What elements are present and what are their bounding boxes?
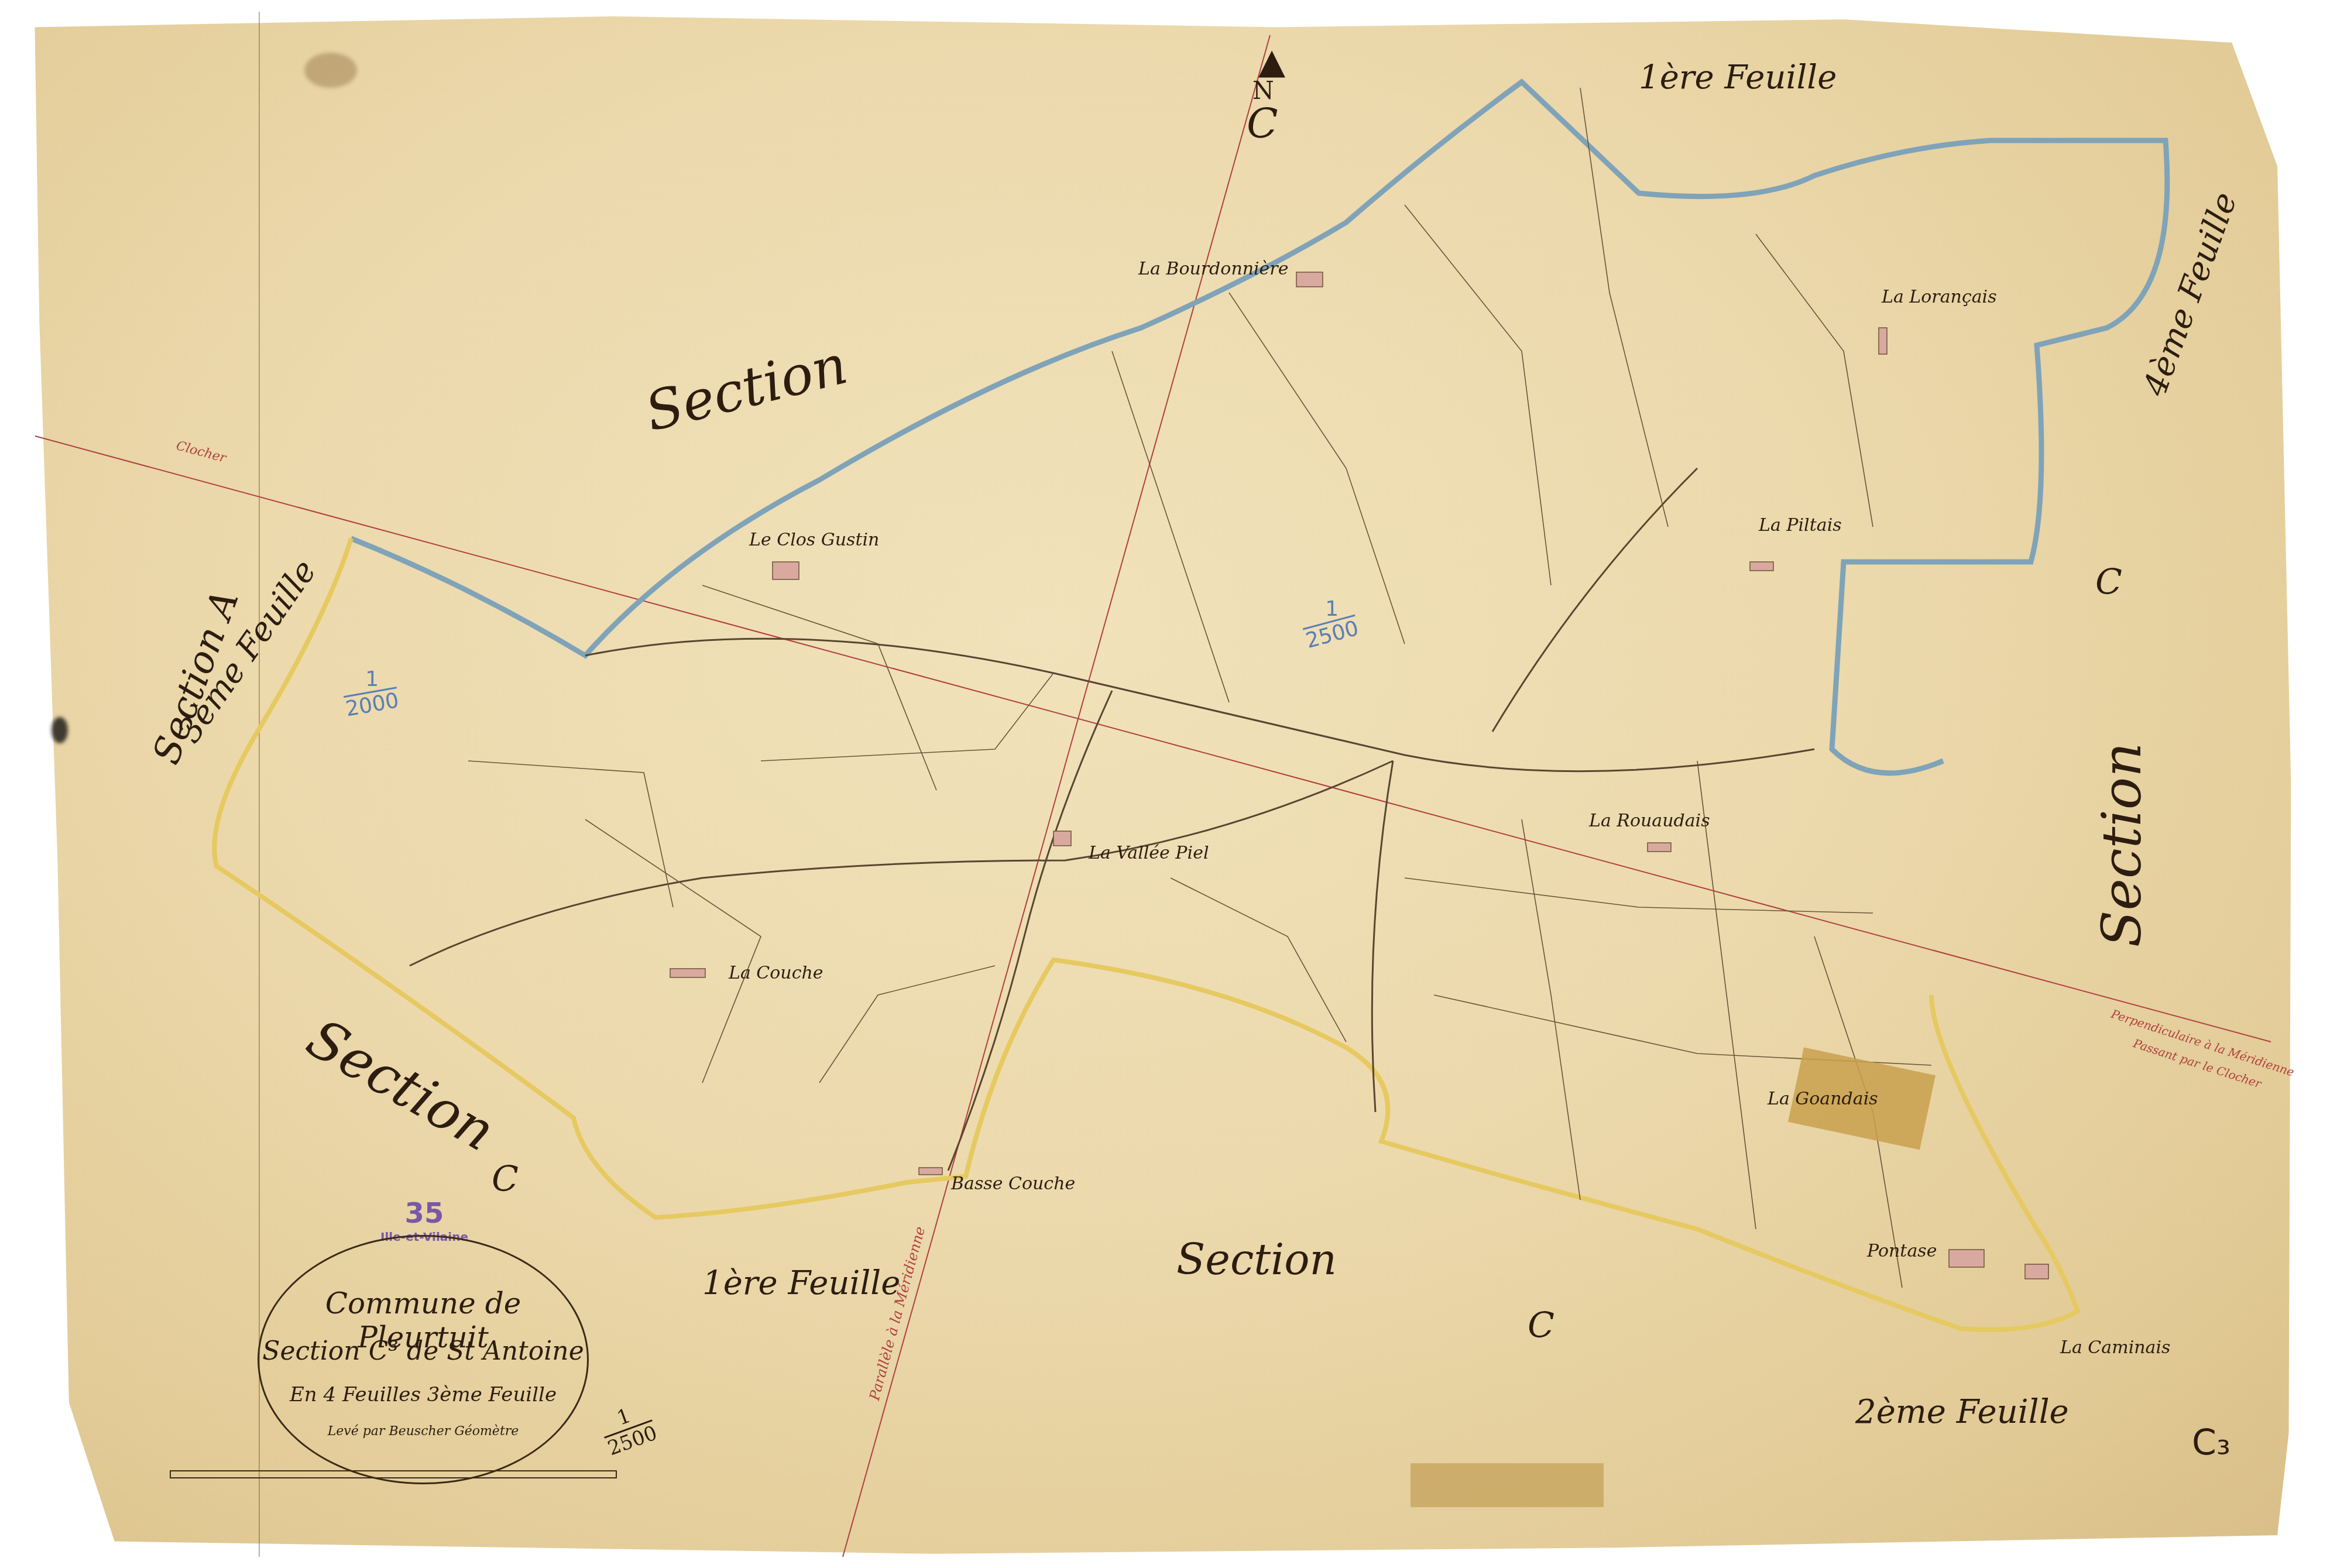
cartouche-feuilles: En 4 Feuilles 3ème Feuille [259,1383,587,1406]
section-letter-c-top: C [1247,99,1278,147]
north-letter: N [1252,76,1274,105]
place-la-goandais: La Goandais [1768,1089,1878,1109]
place-le-clos-gustin: Le Clos Gustin [749,530,879,550]
scale-bar [170,1470,617,1478]
commune-boundary [214,538,2078,1330]
place-la-rouaudais: La Rouaudais [1589,811,1710,831]
river [351,82,2167,773]
road [1492,468,1697,732]
place-la-lorancais: La Lorançais [1882,287,1997,307]
place-la-piltais: La Piltais [1759,515,1842,536]
section-letter-c-bottom: C [1528,1305,1554,1346]
road [948,691,1112,1171]
place-la-caminais: La Caminais [2060,1337,2170,1358]
blue-scale-center: 1 2500 [1305,597,1359,647]
section-letter-c-bottom-left: C [492,1159,519,1200]
feuille-label-bottom-left: 1ère Feuille [702,1264,900,1302]
tape-strip [1411,1463,1604,1507]
section-label-right: Section [2091,742,2153,947]
perpendicular-line [35,436,2271,1042]
cartouche-surveyor: Levé par Beuscher Géomètre [259,1424,587,1439]
road [1372,761,1393,1112]
place-la-couche: La Couche [729,963,823,983]
section-label-bottom: Section [1176,1235,1337,1284]
section-letter-c-right: C [2095,562,2122,603]
feuille-label-bottom-right: 2ème Feuille [1855,1393,2069,1431]
feuille-label-top: 1ère Feuille [1639,59,1837,97]
road [410,761,1393,966]
sheet-code: C₃ [2192,1422,2230,1463]
blue-scale-left: 1 2000 [345,667,399,717]
place-la-bourdonniere: La Bourdonnière [1138,259,1288,279]
place-la-vallee-piel: La Vallée Piel [1089,843,1209,863]
title-cartouche: Commune de Pleurtuit Section C³ de St An… [258,1235,589,1484]
place-basse-couche: Basse Couche [951,1174,1075,1194]
place-pontase: Pontase [1867,1241,1937,1261]
cartouche-section: Section C³ de St Antoine [259,1336,587,1366]
